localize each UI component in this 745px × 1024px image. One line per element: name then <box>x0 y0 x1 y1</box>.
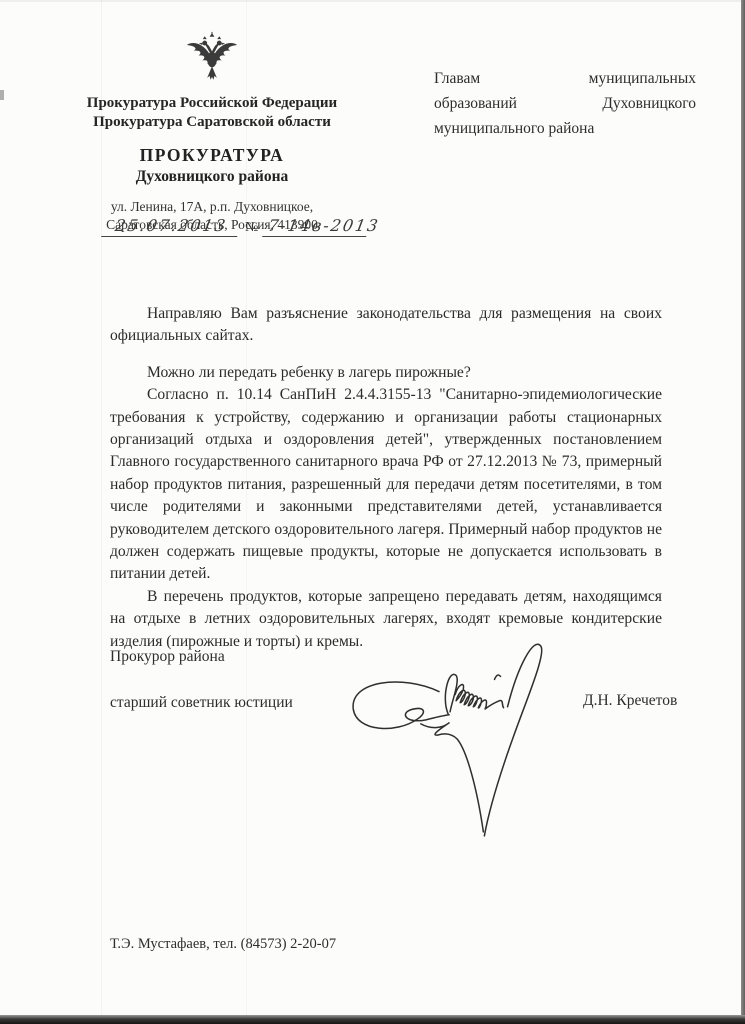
recipient-line: Главам муниципальных <box>434 66 696 91</box>
handwritten-date: 25.07.2013 <box>101 216 241 237</box>
scan-edge-top <box>0 0 745 2</box>
signature-icon <box>330 634 554 844</box>
recipient-line: образований Духовницкого <box>434 91 696 116</box>
scan-edge-bottom <box>0 1015 745 1024</box>
org-line-region: Прокуратура Саратовской области <box>84 113 340 132</box>
signer-title-line1: Прокурор района <box>110 648 225 666</box>
office-name: ПРОКУРАТУРА <box>84 145 340 166</box>
address-line-1: ул. Ленина, 17А, р.п. Духовницкое, <box>84 198 340 216</box>
number-sign: № <box>245 220 258 236</box>
coat-of-arms-eagle-icon <box>183 28 241 90</box>
paragraph-sanpin: Согласно п. 10.14 СанПиН 2.4.4.3155-13 "… <box>110 384 662 586</box>
recipient-block: Главам муниципальных образований Духовни… <box>434 66 696 141</box>
letterhead: Прокуратура Российской Федерации Прокура… <box>84 28 340 233</box>
paragraph-intro: Направляю Вам разъяснение законодательст… <box>110 303 662 348</box>
signer-title-line2: старший советник юстиции <box>110 694 293 712</box>
recipient-line: муниципального района <box>434 116 696 141</box>
letter-body: Направляю Вам разъяснение законодательст… <box>110 303 662 653</box>
org-line-federation: Прокуратура Российской Федерации <box>84 94 340 113</box>
reference-row: 25.07.2013 № 7-14в-2013 <box>103 216 373 237</box>
scan-streak <box>246 0 247 1024</box>
paragraph-question: Можно ли передать ребенку в лагерь пирож… <box>110 362 662 384</box>
signer-name: Д.Н. Кречетов <box>583 692 677 710</box>
executor-contact: Т.Э. Мустафаев, тел. (84573) 2-20-07 <box>110 936 336 953</box>
scanned-letter-page: Прокуратура Российской Федерации Прокура… <box>0 0 745 1024</box>
office-district: Духовницкого района <box>84 166 340 187</box>
scan-speck <box>0 90 4 100</box>
scan-edge-right <box>741 0 745 1024</box>
scan-streak <box>101 0 102 1024</box>
handwritten-number: 7-14в-2013 <box>263 216 371 237</box>
